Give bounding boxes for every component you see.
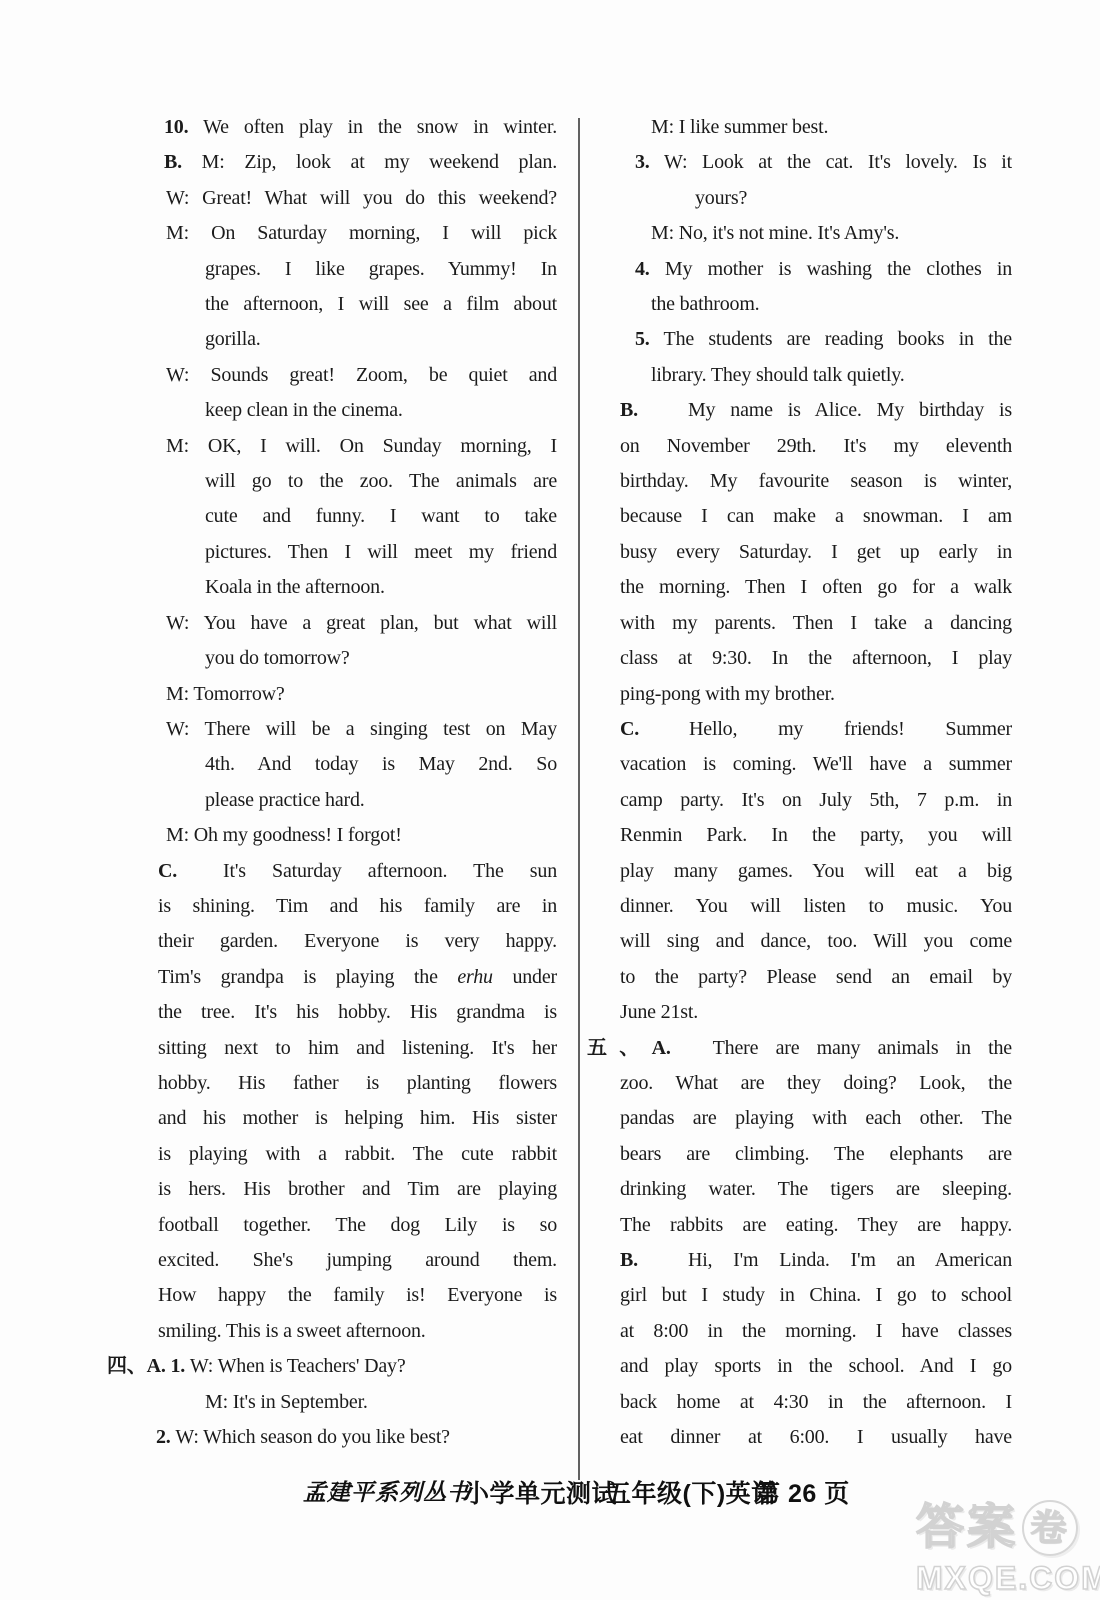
text-segment: their garden. Everyone is very happy. <box>158 930 557 952</box>
text-segment: to the party? Please send an email by <box>620 966 1012 988</box>
text-line: keep clean in the cinema. <box>99 393 557 428</box>
text-segment: Renmin Park. In the party, you will <box>620 824 1012 846</box>
text-line: hobby. His father is planting flowers <box>99 1066 557 1101</box>
text-line: B. M: Zip, look at my weekend plan. <box>99 145 557 180</box>
text-line: bears are climbing. The elephants are <box>580 1137 1012 1172</box>
text-line: M: Oh my goodness! I forgot! <box>99 818 557 853</box>
text-segment: W: Look at the cat. It's lovely. Is it <box>650 151 1012 173</box>
text-segment: M: It's in September. <box>205 1391 368 1413</box>
text-segment: bears are climbing. The elephants are <box>620 1143 1012 1165</box>
text-segment: M: Zip, look at my weekend plan. <box>182 151 557 173</box>
text-segment: busy every Saturday. I get up early in <box>620 541 1012 563</box>
text-segment: birthday. My favourite season is winter, <box>620 470 1012 492</box>
text-segment: 四、 <box>107 1355 147 1377</box>
text-line: and play sports in the school. And I go <box>580 1349 1012 1384</box>
text-segment: at 8:00 in the morning. I have classes <box>620 1320 1012 1342</box>
text-line: June 21st. <box>580 995 1012 1030</box>
text-line: the afternoon, I will see a film about <box>99 287 557 322</box>
text-segment: dinner. You will listen to music. You <box>620 895 1012 917</box>
text-line: 5. The students are reading books in the <box>580 322 1012 357</box>
text-line: class at 9:30. In the afternoon, I play <box>580 641 1012 676</box>
label-gap <box>638 415 688 416</box>
text-line: W: There will be a singing test on May <box>99 712 557 747</box>
text-line: W: Great! What will you do this weekend? <box>99 181 557 216</box>
text-line: pictures. Then I will meet my friend <box>99 535 557 570</box>
footer-book-title: 小学单元测试 <box>464 1474 617 1510</box>
text-segment: B. <box>620 1249 638 1271</box>
text-segment: How happy the family is! Everyone is <box>158 1284 557 1306</box>
text-line: C.Hello, my friends! Summer <box>580 712 1012 747</box>
text-segment: 4. <box>635 258 650 280</box>
text-segment: My name is Alice. My birthday is <box>688 399 1012 421</box>
text-segment: football together. The dog Lily is so <box>158 1214 557 1236</box>
text-segment: 10. <box>164 116 188 138</box>
text-line: their garden. Everyone is very happy. <box>99 924 557 959</box>
text-segment: hobby. His father is planting flowers <box>158 1072 557 1094</box>
text-segment: is playing with a rabbit. The cute rabbi… <box>158 1143 557 1165</box>
text-line: B.My name is Alice. My birthday is <box>580 393 1012 428</box>
text-line: camp party. It's on July 5th, 7 p.m. in <box>580 783 1012 818</box>
text-line: to the party? Please send an email by <box>580 960 1012 995</box>
text-segment: zoo. What are they doing? Look, the <box>620 1072 1012 1094</box>
text-segment: A. <box>652 1037 671 1059</box>
text-segment: and play sports in the school. And I go <box>620 1355 1012 1377</box>
text-line: M: OK, I will. On Sunday morning, I <box>99 429 557 464</box>
text-line: back home at 4:30 in the afternoon. I <box>580 1385 1012 1420</box>
text-line: play many games. You will eat a big <box>580 854 1012 889</box>
text-line: M: No, it's not mine. It's Amy's. <box>580 216 1012 251</box>
text-segment: the bathroom. <box>651 293 759 315</box>
text-segment: eat dinner at 6:00. I usually have <box>620 1426 1012 1448</box>
text-line: will go to the zoo. The animals are <box>99 464 557 499</box>
text-segment: 4th. And today is May 2nd. So <box>205 753 557 775</box>
text-segment: My mother is washing the clothes in <box>650 258 1012 280</box>
text-line: 4. My mother is washing the clothes in <box>580 252 1012 287</box>
text-segment: B. <box>164 151 182 173</box>
text-line: girl but I study in China. I go to schoo… <box>580 1278 1012 1313</box>
label-gap <box>177 876 223 877</box>
transcript-right-column: M: I like summer best.3. W: Look at the … <box>580 110 1012 1455</box>
text-segment: M: OK, I will. On Sunday morning, I <box>166 435 557 457</box>
text-segment: is shining. Tim and his family are in <box>158 895 557 917</box>
text-line: pandas are playing with each other. The <box>580 1101 1012 1136</box>
text-segment: erhu <box>457 966 493 988</box>
text-segment: will sing and dance, too. Will you come <box>620 930 1012 952</box>
text-segment: under <box>493 966 557 988</box>
text-line: 10. We often play in the snow in winter. <box>99 110 557 145</box>
text-line: sitting next to him and listening. It's … <box>99 1031 557 1066</box>
text-segment: vacation is coming. We'll have a summer <box>620 753 1012 775</box>
text-line: excited. She's jumping around them. <box>99 1243 557 1278</box>
text-segment: the morning. Then I often go for a walk <box>620 576 1012 598</box>
scanned-answer-page: 10. We often play in the snow in winter.… <box>0 0 1100 1600</box>
text-segment: Hi, I'm Linda. I'm an American <box>688 1249 1012 1271</box>
text-segment: There are many animals in the <box>713 1037 1012 1059</box>
text-segment: library. They should talk quietly. <box>651 364 905 386</box>
text-line: is hers. His brother and Tim are playing <box>99 1172 557 1207</box>
text-segment: The students are reading books in the <box>650 328 1012 350</box>
text-line: the morning. Then I often go for a walk <box>580 570 1012 605</box>
label-gap <box>671 1053 713 1054</box>
text-line: Tim's grandpa is playing the erhu under <box>99 960 557 995</box>
text-segment: pictures. Then I will meet my friend <box>205 541 557 563</box>
text-line: dinner. You will listen to music. You <box>580 889 1012 924</box>
footer-page-number: 第 26 页 <box>755 1474 850 1510</box>
text-line: drinking water. The tigers are sleeping. <box>580 1172 1012 1207</box>
text-segment: M: Oh my goodness! I forgot! <box>166 824 402 846</box>
text-line: will sing and dance, too. Will you come <box>580 924 1012 959</box>
text-line: you do tomorrow? <box>99 641 557 676</box>
watermark: 答案 卷 MXQE.COM <box>916 1500 1100 1597</box>
text-segment: yours? <box>695 187 747 209</box>
text-line: is playing with a rabbit. The cute rabbi… <box>99 1137 557 1172</box>
text-segment: grapes. I like grapes. Yummy! In <box>205 258 557 280</box>
text-line: smiling. This is a sweet afternoon. <box>99 1314 557 1349</box>
text-segment: 5. <box>635 328 650 350</box>
text-segment: M: On Saturday morning, I will pick <box>166 222 557 244</box>
text-line: on November 29th. It's my eleventh <box>580 429 1012 464</box>
text-line: because I can make a snowman. I am <box>580 499 1012 534</box>
text-line: W: Sounds great! Zoom, be quiet and <box>99 358 557 393</box>
text-line: W: You have a great plan, but what will <box>99 606 557 641</box>
text-segment: B. <box>620 399 638 421</box>
text-line: at 8:00 in the morning. I have classes <box>580 1314 1012 1349</box>
text-line: 4th. And today is May 2nd. So <box>99 747 557 782</box>
text-line: please practice hard. <box>99 783 557 818</box>
text-segment: W: There will be a singing test on May <box>166 718 557 740</box>
text-line: M: I like summer best. <box>580 110 1012 145</box>
text-segment: the afternoon, I will see a film about <box>205 293 557 315</box>
text-line: 四、A. 1. W: When is Teachers' Day? <box>99 1349 557 1384</box>
text-segment: C. <box>158 860 177 882</box>
watermark-brand-text: 答案 <box>916 1500 1018 1556</box>
text-line: gorilla. <box>99 322 557 357</box>
text-segment: class at 9:30. In the afternoon, I play <box>620 647 1012 669</box>
text-line: library. They should talk quietly. <box>580 358 1012 393</box>
text-line: zoo. What are they doing? Look, the <box>580 1066 1012 1101</box>
text-line: vacation is coming. We'll have a summer <box>580 747 1012 782</box>
text-segment: gorilla. <box>205 328 261 350</box>
text-segment: The rabbits are eating. They are happy. <box>620 1214 1012 1236</box>
text-segment: W: You have a great plan, but what will <box>166 612 557 634</box>
text-line: eat dinner at 6:00. I usually have <box>580 1420 1012 1455</box>
text-segment: M: I like summer best. <box>651 116 828 138</box>
text-segment: camp party. It's on July 5th, 7 p.m. in <box>620 789 1012 811</box>
footer-series-title: 孟建平系列丛书 <box>303 1474 471 1507</box>
text-segment: It's Saturday afternoon. The sun <box>223 860 557 882</box>
text-line: the bathroom. <box>580 287 1012 322</box>
text-line: the tree. It's his hobby. His grandma is <box>99 995 557 1030</box>
text-segment: keep clean in the cinema. <box>205 399 403 421</box>
watermark-site-url: MXQE.COM <box>916 1560 1100 1597</box>
text-line: B.Hi, I'm Linda. I'm an American <box>580 1243 1012 1278</box>
text-segment: because I can make a snowman. I am <box>620 505 1012 527</box>
text-line: M: Tomorrow? <box>99 677 557 712</box>
footer-grade-label: 五年级(下)英语 <box>606 1474 777 1510</box>
text-line: is shining. Tim and his family are in <box>99 889 557 924</box>
text-line: 五、A.There are many animals in the <box>580 1031 1012 1066</box>
watermark-circle-icon: 卷 <box>1022 1500 1078 1556</box>
text-segment: girl but I study in China. I go to schoo… <box>620 1284 1012 1306</box>
text-line: birthday. My favourite season is winter, <box>580 464 1012 499</box>
text-line: 3. W: Look at the cat. It's lovely. Is i… <box>580 145 1012 180</box>
text-segment: sitting next to him and listening. It's … <box>158 1037 557 1059</box>
text-segment: W: Sounds great! Zoom, be quiet and <box>166 364 557 386</box>
text-segment: and his mother is helping him. His siste… <box>158 1107 557 1129</box>
text-line: How happy the family is! Everyone is <box>99 1278 557 1313</box>
text-segment: please practice hard. <box>205 789 365 811</box>
text-line: with my parents. Then I take a dancing <box>580 606 1012 641</box>
text-segment: the tree. It's his hobby. His grandma is <box>158 1001 557 1023</box>
text-segment: W: When is Teachers' Day? <box>190 1355 406 1377</box>
text-segment: on November 29th. It's my eleventh <box>620 435 1012 457</box>
text-line: Koala in the afternoon. <box>99 570 557 605</box>
text-segment: A. 1. <box>147 1355 190 1377</box>
text-line: cute and funny. I want to take <box>99 499 557 534</box>
text-segment: you do tomorrow? <box>205 647 350 669</box>
text-segment: excited. She's jumping around them. <box>158 1249 557 1271</box>
text-segment: cute and funny. I want to take <box>205 505 557 527</box>
text-segment: C. <box>620 718 639 740</box>
text-segment: will go to the zoo. The animals are <box>205 470 557 492</box>
text-line: Renmin Park. In the party, you will <box>580 818 1012 853</box>
text-line: The rabbits are eating. They are happy. <box>580 1208 1012 1243</box>
text-segment: W: Great! What will you do this weekend? <box>166 187 557 209</box>
text-line: grapes. I like grapes. Yummy! In <box>99 252 557 287</box>
watermark-brand: 答案 卷 <box>916 1500 1100 1556</box>
text-line: M: It's in September. <box>99 1385 557 1420</box>
text-segment: pandas are playing with each other. The <box>620 1107 1012 1129</box>
text-segment: Koala in the afternoon. <box>205 576 385 598</box>
text-segment: M: No, it's not mine. It's Amy's. <box>651 222 899 244</box>
transcript-left-column: 10. We often play in the snow in winter.… <box>99 110 557 1455</box>
text-segment: M: Tomorrow? <box>166 683 285 705</box>
label-gap <box>639 734 689 735</box>
text-segment: drinking water. The tigers are sleeping. <box>620 1178 1012 1200</box>
label-gap <box>638 1265 688 1266</box>
text-segment: with my parents. Then I take a dancing <box>620 612 1012 634</box>
text-line: C.It's Saturday afternoon. The sun <box>99 854 557 889</box>
text-segment: Tim's grandpa is playing the <box>158 966 457 988</box>
text-segment: play many games. You will eat a big <box>620 860 1012 882</box>
text-line: M: On Saturday morning, I will pick <box>99 216 557 251</box>
text-segment: We often play in the snow in winter. <box>188 116 557 138</box>
text-segment: June 21st. <box>620 1001 698 1023</box>
text-line: yours? <box>580 181 1012 216</box>
text-segment: is hers. His brother and Tim are playing <box>158 1178 557 1200</box>
text-line: busy every Saturday. I get up early in <box>580 535 1012 570</box>
text-line: 2. W: Which season do you like best? <box>99 1420 557 1455</box>
text-segment: Hello, my friends! Summer <box>689 718 1012 740</box>
text-segment: W: Which season do you like best? <box>175 1426 449 1448</box>
text-line: football together. The dog Lily is so <box>99 1208 557 1243</box>
text-segment: 2. <box>156 1426 175 1448</box>
text-segment: back home at 4:30 in the afternoon. I <box>620 1391 1012 1413</box>
text-segment: smiling. This is a sweet afternoon. <box>158 1320 426 1342</box>
text-segment: ping-pong with my brother. <box>620 683 835 705</box>
text-segment: 3. <box>635 151 650 173</box>
text-line: and his mother is helping him. His siste… <box>99 1101 557 1136</box>
text-segment: 五、 <box>587 1037 652 1059</box>
watermark-circle-char: 卷 <box>1031 1500 1070 1556</box>
text-line: ping-pong with my brother. <box>580 677 1012 712</box>
